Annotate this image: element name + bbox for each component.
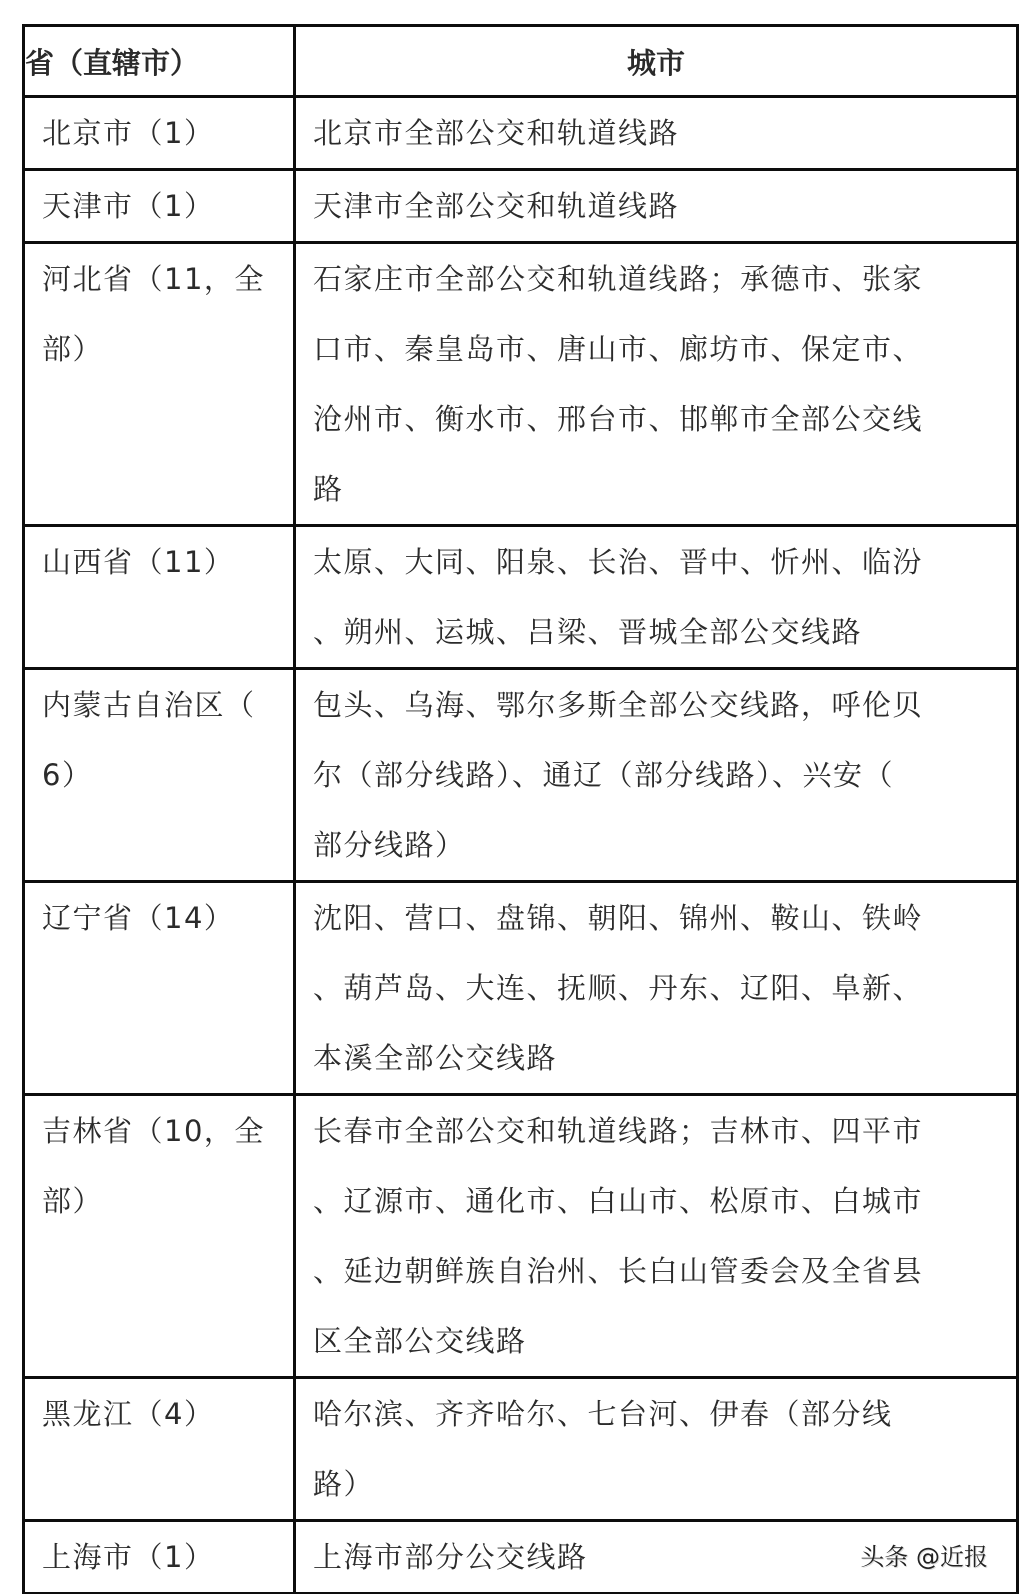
watermark: 头条 @近报 bbox=[860, 1537, 988, 1572]
province-text: 天津市（1） bbox=[25, 171, 293, 241]
city-line: 太原、大同、阳泉、长治、晋中、忻州、临汾 bbox=[313, 527, 1016, 597]
city-cell: 天津市全部公交和轨道线路 bbox=[295, 170, 1018, 243]
city-line: 、葫芦岛、大连、抚顺、丹东、辽阳、阜新、 bbox=[313, 953, 1016, 1023]
city-line: 沈阳、营口、盘锦、朝阳、锦州、鞍山、铁岭 bbox=[313, 883, 1016, 953]
province-line: 吉林省（10，全 bbox=[42, 1096, 293, 1166]
province-line: 辽宁省（14） bbox=[42, 883, 293, 953]
transit-coverage-sheet: 省（直辖市） 城市 北京市（1）北京市全部公交和轨道线路天津市（1）天津市全部公… bbox=[22, 24, 1016, 1594]
province-line: 部） bbox=[42, 314, 293, 384]
province-text: 黑龙江（4） bbox=[25, 1379, 293, 1449]
province-line: 北京市（1） bbox=[42, 98, 293, 168]
province-text: 山西省（11） bbox=[25, 527, 293, 597]
city-text: 包头、乌海、鄂尔多斯全部公交线路，呼伦贝尔（部分线路）、通辽（部分线路）、兴安（… bbox=[296, 670, 1016, 880]
city-line: 、延边朝鲜族自治州、长白山管委会及全省县 bbox=[313, 1236, 1016, 1306]
province-cell: 上海市（1） bbox=[24, 1521, 295, 1594]
city-line: 、朔州、运城、吕梁、晋城全部公交线路 bbox=[313, 597, 1016, 667]
table-row: 辽宁省（14）沈阳、营口、盘锦、朝阳、锦州、鞍山、铁岭、葫芦岛、大连、抚顺、丹东… bbox=[24, 882, 1018, 1095]
city-cell: 石家庄市全部公交和轨道线路；承德市、张家口市、秦皇岛市、唐山市、廊坊市、保定市、… bbox=[295, 243, 1018, 526]
province-cell: 北京市（1） bbox=[24, 97, 295, 170]
table-body: 北京市（1）北京市全部公交和轨道线路天津市（1）天津市全部公交和轨道线路河北省（… bbox=[24, 97, 1018, 1594]
province-cell: 天津市（1） bbox=[24, 170, 295, 243]
city-line: 包头、乌海、鄂尔多斯全部公交线路，呼伦贝 bbox=[313, 670, 1016, 740]
table-header-row: 省（直辖市） 城市 bbox=[24, 26, 1018, 97]
city-line: 哈尔滨、齐齐哈尔、七台河、伊春（部分线 bbox=[313, 1379, 1016, 1449]
province-text: 吉林省（10，全部） bbox=[25, 1096, 293, 1236]
province-text: 内蒙古自治区（6） bbox=[25, 670, 293, 810]
city-line: 路） bbox=[313, 1449, 1016, 1519]
city-line: 区全部公交线路 bbox=[313, 1306, 1016, 1376]
city-text: 北京市全部公交和轨道线路 bbox=[296, 98, 1016, 168]
province-cell: 辽宁省（14） bbox=[24, 882, 295, 1095]
city-line: 路 bbox=[313, 454, 1016, 524]
city-cell: 太原、大同、阳泉、长治、晋中、忻州、临汾、朔州、运城、吕梁、晋城全部公交线路 bbox=[295, 526, 1018, 669]
city-line: 口市、秦皇岛市、唐山市、廊坊市、保定市、 bbox=[313, 314, 1016, 384]
table-row: 吉林省（10，全部）长春市全部公交和轨道线路；吉林市、四平市、辽源市、通化市、白… bbox=[24, 1095, 1018, 1378]
city-cell: 哈尔滨、齐齐哈尔、七台河、伊春（部分线路） bbox=[295, 1378, 1018, 1521]
city-text: 沈阳、营口、盘锦、朝阳、锦州、鞍山、铁岭、葫芦岛、大连、抚顺、丹东、辽阳、阜新、… bbox=[296, 883, 1016, 1093]
transit-coverage-table: 省（直辖市） 城市 北京市（1）北京市全部公交和轨道线路天津市（1）天津市全部公… bbox=[22, 24, 1019, 1594]
city-cell: 包头、乌海、鄂尔多斯全部公交线路，呼伦贝尔（部分线路）、通辽（部分线路）、兴安（… bbox=[295, 669, 1018, 882]
city-cell: 长春市全部公交和轨道线路；吉林市、四平市、辽源市、通化市、白山市、松原市、白城市… bbox=[295, 1095, 1018, 1378]
city-line: 本溪全部公交线路 bbox=[313, 1023, 1016, 1093]
province-cell: 内蒙古自治区（6） bbox=[24, 669, 295, 882]
city-text: 天津市全部公交和轨道线路 bbox=[296, 171, 1016, 241]
city-text: 太原、大同、阳泉、长治、晋中、忻州、临汾、朔州、运城、吕梁、晋城全部公交线路 bbox=[296, 527, 1016, 667]
table-row: 黑龙江（4）哈尔滨、齐齐哈尔、七台河、伊春（部分线路） bbox=[24, 1378, 1018, 1521]
city-line: 长春市全部公交和轨道线路；吉林市、四平市 bbox=[313, 1096, 1016, 1166]
province-text: 河北省（11，全部） bbox=[25, 244, 293, 384]
table-row: 天津市（1）天津市全部公交和轨道线路 bbox=[24, 170, 1018, 243]
province-line: 6） bbox=[42, 740, 293, 810]
province-line: 部） bbox=[42, 1166, 293, 1236]
province-line: 上海市（1） bbox=[42, 1522, 293, 1592]
province-text: 上海市（1） bbox=[25, 1522, 293, 1592]
city-text: 石家庄市全部公交和轨道线路；承德市、张家口市、秦皇岛市、唐山市、廊坊市、保定市、… bbox=[296, 244, 1016, 524]
province-line: 天津市（1） bbox=[42, 171, 293, 241]
province-cell: 河北省（11，全部） bbox=[24, 243, 295, 526]
province-cell: 山西省（11） bbox=[24, 526, 295, 669]
table-row: 河北省（11，全部）石家庄市全部公交和轨道线路；承德市、张家口市、秦皇岛市、唐山… bbox=[24, 243, 1018, 526]
province-text: 北京市（1） bbox=[25, 98, 293, 168]
city-cell: 北京市全部公交和轨道线路 bbox=[295, 97, 1018, 170]
city-line: 天津市全部公交和轨道线路 bbox=[313, 171, 1016, 241]
city-line: 石家庄市全部公交和轨道线路；承德市、张家 bbox=[313, 244, 1016, 314]
province-cell: 黑龙江（4） bbox=[24, 1378, 295, 1521]
province-cell: 吉林省（10，全部） bbox=[24, 1095, 295, 1378]
city-line: 尔（部分线路）、通辽（部分线路）、兴安（ bbox=[313, 740, 1016, 810]
province-line: 内蒙古自治区（ bbox=[42, 670, 293, 740]
province-line: 黑龙江（4） bbox=[42, 1379, 293, 1449]
column-header-province: 省（直辖市） bbox=[24, 26, 295, 97]
city-line: 北京市全部公交和轨道线路 bbox=[313, 98, 1016, 168]
column-header-city: 城市 bbox=[295, 26, 1018, 97]
city-text: 哈尔滨、齐齐哈尔、七台河、伊春（部分线路） bbox=[296, 1379, 1016, 1519]
table-row: 内蒙古自治区（6）包头、乌海、鄂尔多斯全部公交线路，呼伦贝尔（部分线路）、通辽（… bbox=[24, 669, 1018, 882]
table-row: 北京市（1）北京市全部公交和轨道线路 bbox=[24, 97, 1018, 170]
city-text: 长春市全部公交和轨道线路；吉林市、四平市、辽源市、通化市、白山市、松原市、白城市… bbox=[296, 1096, 1016, 1376]
table-row: 山西省（11）太原、大同、阳泉、长治、晋中、忻州、临汾、朔州、运城、吕梁、晋城全… bbox=[24, 526, 1018, 669]
city-line: 、辽源市、通化市、白山市、松原市、白城市 bbox=[313, 1166, 1016, 1236]
province-line: 河北省（11，全 bbox=[42, 244, 293, 314]
city-line: 沧州市、衡水市、邢台市、邯郸市全部公交线 bbox=[313, 384, 1016, 454]
province-text: 辽宁省（14） bbox=[25, 883, 293, 953]
city-cell: 沈阳、营口、盘锦、朝阳、锦州、鞍山、铁岭、葫芦岛、大连、抚顺、丹东、辽阳、阜新、… bbox=[295, 882, 1018, 1095]
city-line: 部分线路） bbox=[313, 810, 1016, 880]
province-line: 山西省（11） bbox=[42, 527, 293, 597]
